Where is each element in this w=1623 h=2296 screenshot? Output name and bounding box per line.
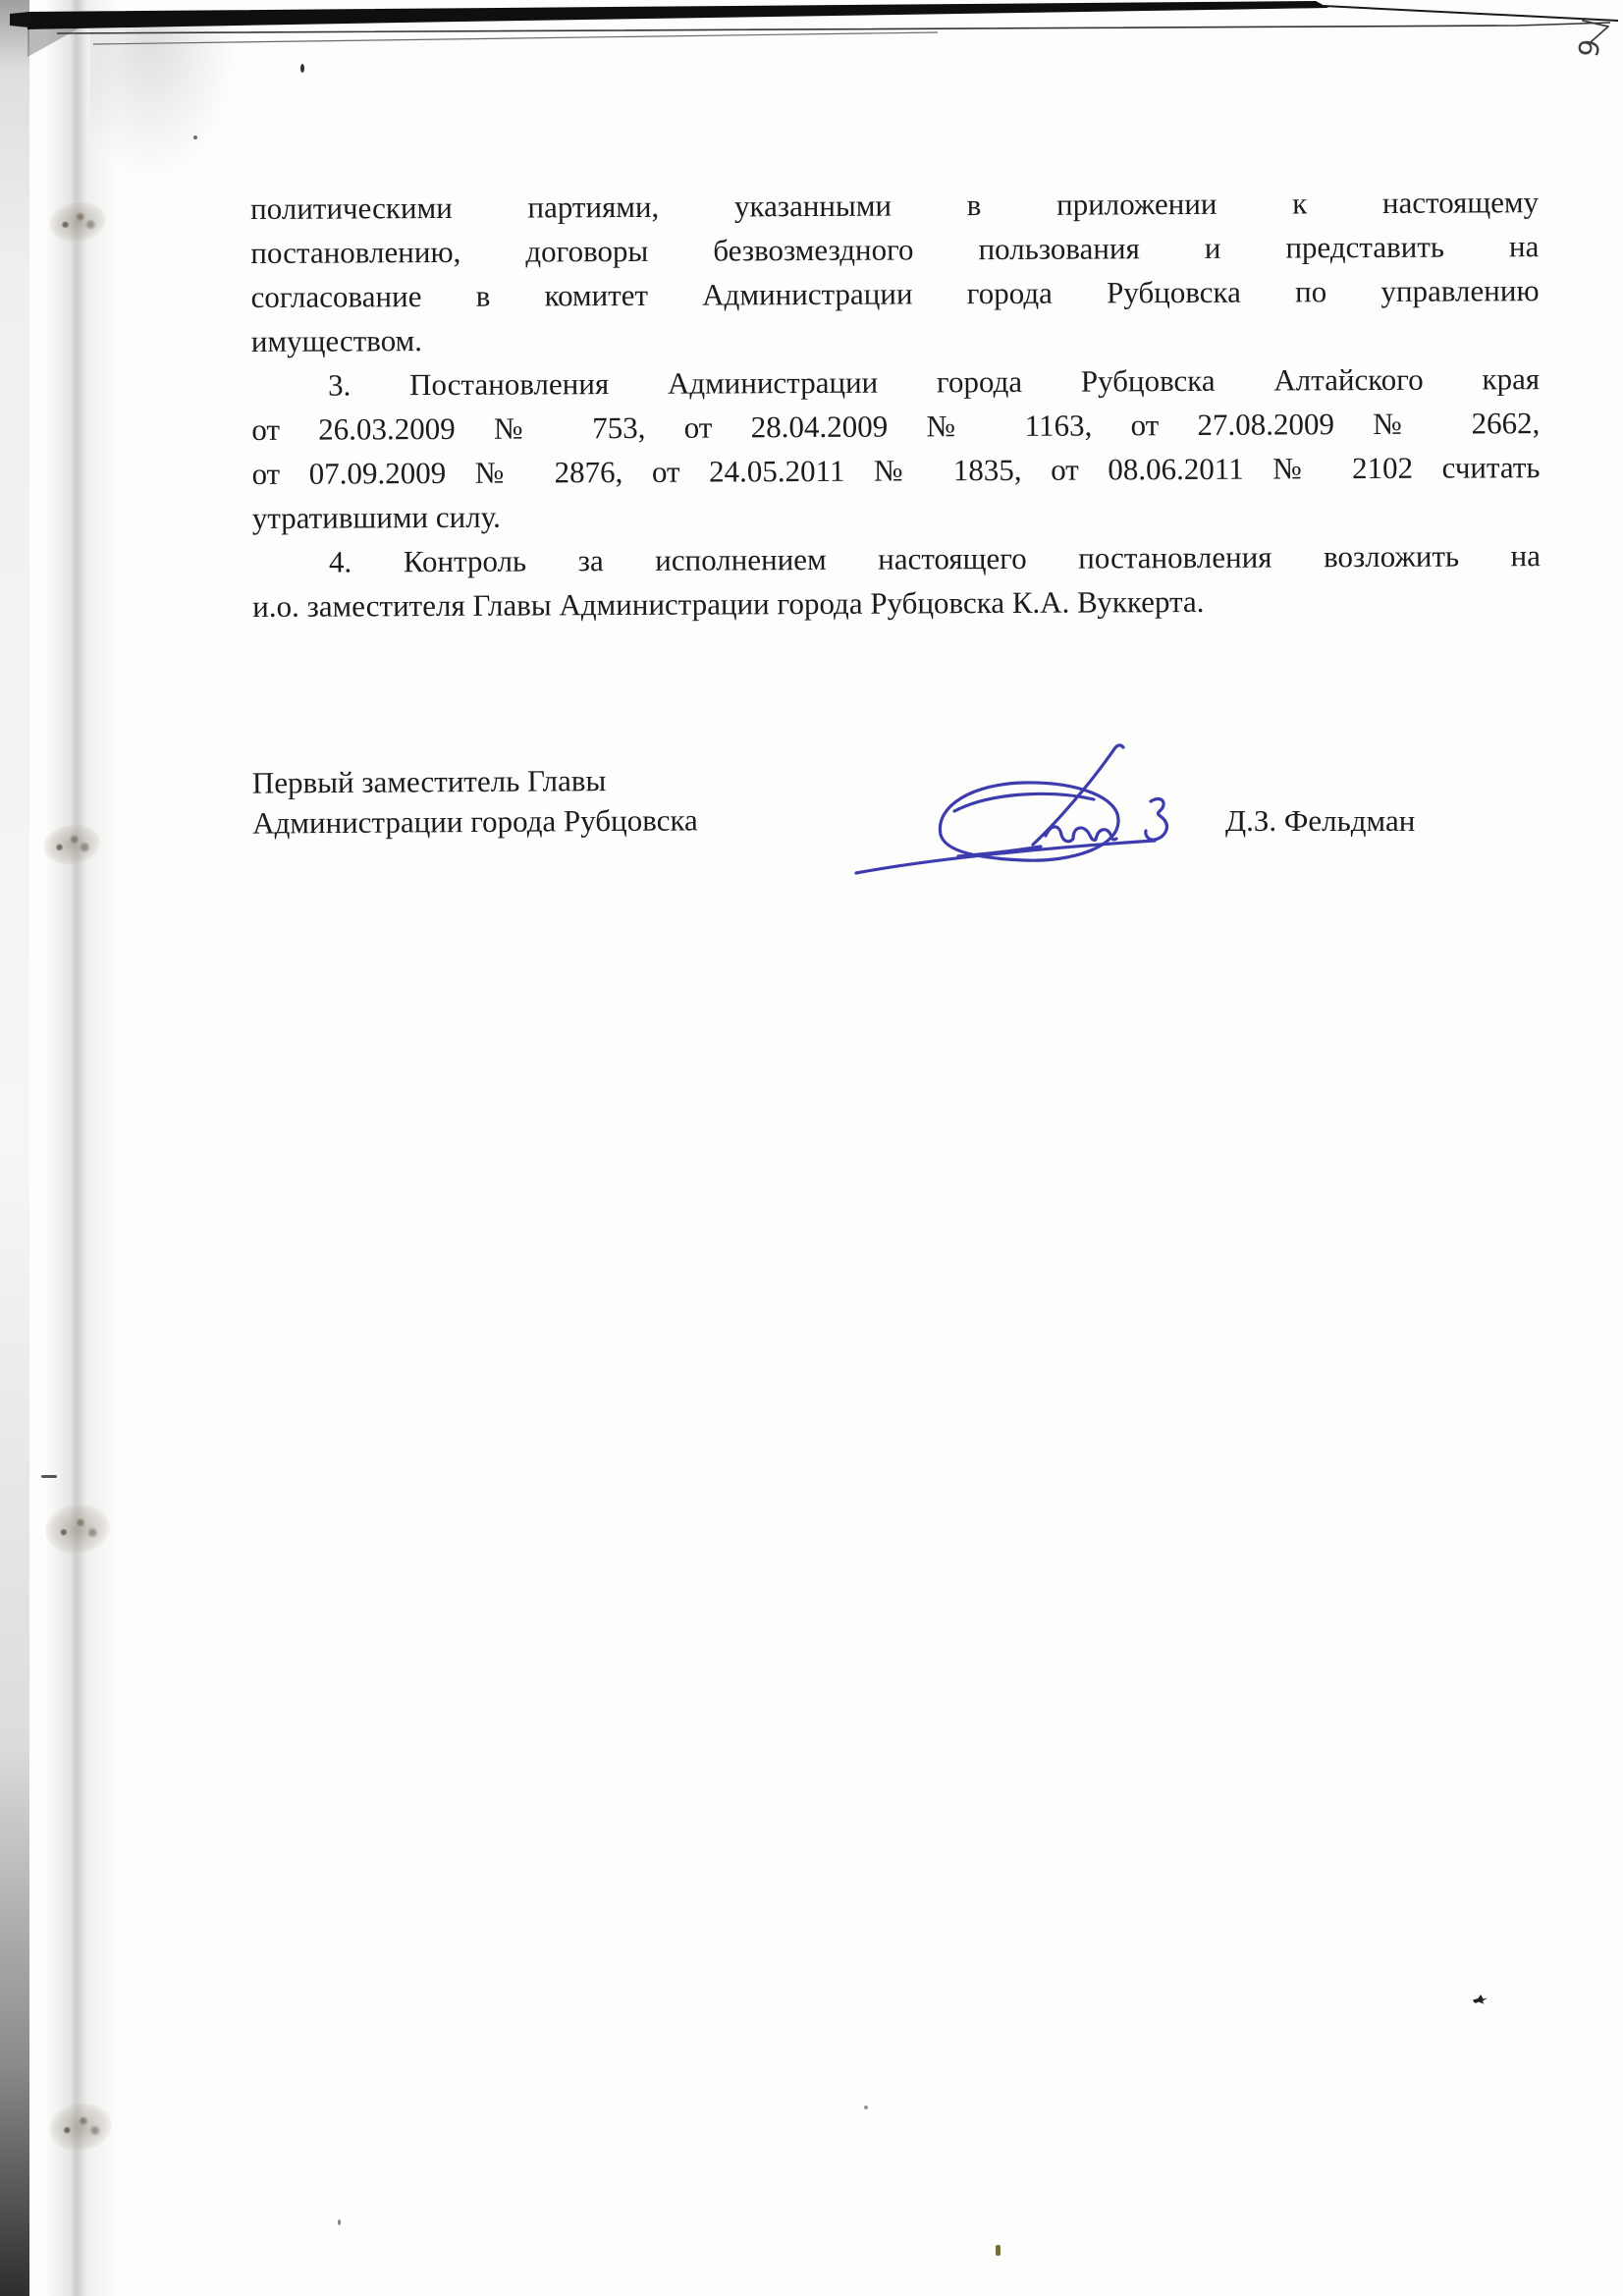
scan-left-edge-shadow [0, 0, 29, 2296]
scanned-document-page: 6 политическими партиями, указанными в п… [0, 0, 1623, 2296]
text-line: имуществом. [251, 312, 1540, 363]
text-line: и.о. заместителя Главы Администрации гор… [252, 577, 1541, 629]
text-line: от 07.09.2009 № 2876, от 24.05.2011 № 18… [251, 445, 1540, 496]
text-line: утратившими силу. [252, 489, 1541, 540]
handwritten-page-number: 6 [1572, 37, 1606, 72]
text-line: согласование в комитет Администрации гор… [250, 268, 1539, 319]
signatory-position-line2: Администрации города Рубцовска [252, 799, 698, 843]
paper-crease-line [45, 0, 118, 2296]
text-line-item-4: 4. Контроль за исполнением настоящего по… [252, 533, 1541, 584]
text-line: постановлению, договоры безвозмездного п… [250, 224, 1539, 275]
ink-speck [300, 64, 304, 73]
text-line: от 26.03.2009 № 753, от 28.04.2009 № 116… [251, 401, 1540, 452]
ink-speck [1473, 1995, 1488, 2004]
ink-speck [41, 1475, 57, 1478]
text-line: политическими партиями, указанными в при… [250, 180, 1539, 231]
ink-speck [193, 136, 197, 139]
signatory-position-title: Первый заместитель Главы Администрации г… [252, 759, 698, 843]
signatory-position-line1: Первый заместитель Главы [252, 759, 698, 802]
ink-speck [996, 2245, 1001, 2256]
ink-speck [864, 2105, 868, 2109]
handwritten-signature [842, 737, 1176, 889]
document-body-text: политическими партиями, указанными в при… [250, 180, 1541, 629]
signatory-name: Д.З. Фельдман [1225, 803, 1415, 839]
text-line-item-3: 3. Постановления Администрации города Ру… [251, 356, 1540, 408]
scan-top-edge-band [0, 0, 1623, 69]
ink-speck [338, 2219, 341, 2225]
